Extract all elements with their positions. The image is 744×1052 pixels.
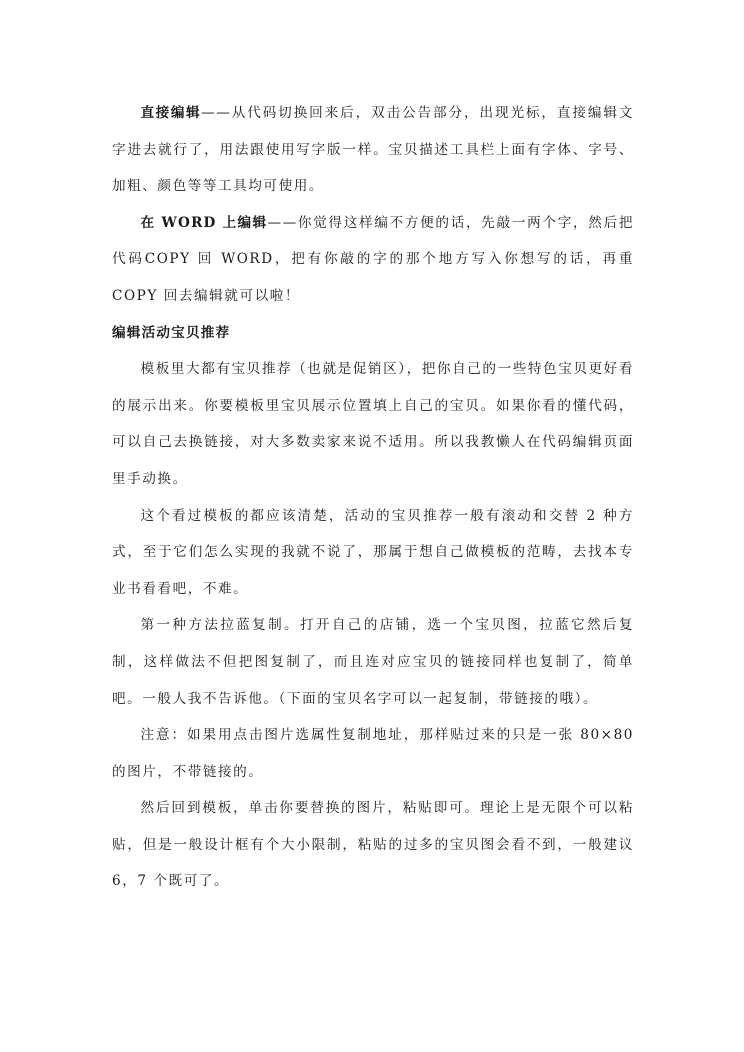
paragraph-lead-bold: 在 WORD 上编辑 — [141, 215, 268, 231]
document-page: 直接编辑——从代码切换回来后，双击公告部分，出现光标，直接编辑文字进去就行了，用… — [112, 95, 634, 900]
section-heading: 编辑活动宝贝推荐 — [112, 315, 634, 352]
body-paragraph: 这个看过模板的都应该清楚，活动的宝贝推荐一般有滚动和交替 2 种方式，至于它们怎… — [112, 498, 634, 608]
body-paragraph: 注意：如果用点击图片选属性复制地址，那样贴过来的只是一张 80×80 的图片，不… — [112, 717, 634, 790]
body-paragraph: 模板里大都有宝贝推荐（也就是促销区），把你自己的一些特色宝贝更好看的展示出来。你… — [112, 351, 634, 497]
paragraph-word-edit: 在 WORD 上编辑——你觉得这样编不方便的话，先敲一两个字，然后把代码COPY… — [112, 205, 634, 315]
paragraph-lead-bold: 直接编辑 — [141, 105, 202, 121]
body-paragraph: 然后回到模板，单击你要替换的图片，粘贴即可。理论上是无限个可以粘贴，但是一般设计… — [112, 790, 634, 900]
body-paragraph: 第一种方法拉蓝复制。打开自己的店铺，选一个宝贝图，拉蓝它然后复制，这样做法不但把… — [112, 607, 634, 717]
paragraph-direct-edit: 直接编辑——从代码切换回来后，双击公告部分，出现光标，直接编辑文字进去就行了，用… — [112, 95, 634, 205]
